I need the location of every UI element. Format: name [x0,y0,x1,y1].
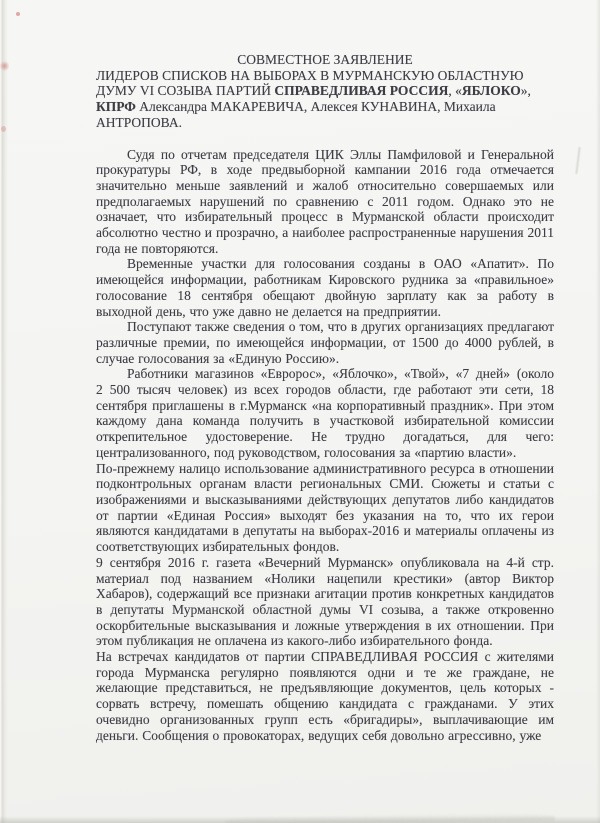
title-line-5: АНТРОПОВА. [96,115,554,131]
scan-edge-right [596,0,600,823]
scan-bottom-smudge [225,812,555,823]
scan-edge-bottom-shadow [0,816,600,823]
paragraph-shop-workers: Работники магазинов «Евророс», «Яблочко»… [96,366,554,460]
paragraph-admin-resource: По-прежнему налицо использование админис… [96,461,554,555]
party-name-spravedlivaya-rossiya: СПРАВЕДЛИВАЯ РОССИЯ [274,83,448,98]
document-text-column: СОВМЕСТНОЕ ЗАЯВЛЕНИЕ ЛИДЕРОВ СПИСКОВ НА … [96,52,554,743]
party-name-yabloko: ЯБЛОКО [462,83,521,98]
paragraph-premiums: Поступают также сведения о том, что в др… [96,319,554,366]
scanned-document-page: СОВМЕСТНОЕ ЗАЯВЛЕНИЕ ЛИДЕРОВ СПИСКОВ НА … [0,0,600,823]
scan-edge-left [0,0,8,823]
scan-crease-mark [575,147,580,174]
paragraph-meeting-provocateurs: На встречах кандидатов от партии СПРАВЕД… [96,649,554,743]
scan-artifact-pink-dot [16,12,20,16]
party-name-kprf: КПРФ [96,99,136,114]
title-text: , « [448,83,462,98]
title-line-4: КПРФ Александра МАКАРЕВИЧА, Алексея КУНА… [96,99,554,115]
document-title: СОВМЕСТНОЕ ЗАЯВЛЕНИЕ ЛИДЕРОВ СПИСКОВ НА … [96,52,554,131]
document-body: Судя по отчетам председателя ЦИК Эллы Па… [96,147,554,744]
paragraph-apatit-polling: Временные участки для голосования создан… [96,256,554,319]
scan-artifact-pink-dot-2 [1,126,6,132]
title-line-2: ЛИДЕРОВ СПИСКОВ НА ВЫБОРАХ В МУРМАНСКУЮ … [96,68,554,84]
title-line-3: ДУМУ VI СОЗЫВА ПАРТИЙ СПРАВЕДЛИВАЯ РОССИ… [96,83,554,99]
title-text: Александра МАКАРЕВИЧА, Алексея КУНАВИНА,… [136,99,496,114]
paragraph-newspaper-article: 9 сентября 2016 г. газета «Вечерний Мурм… [96,555,554,649]
title-line-1: СОВМЕСТНОЕ ЗАЯВЛЕНИЕ [96,52,554,68]
scan-artifact-pink-smudge [0,61,9,71]
title-text: ДУМУ VI СОЗЫВА ПАРТИЙ [96,83,274,98]
title-text: », [521,83,531,98]
paragraph-cik-reports: Судя по отчетам председателя ЦИК Эллы Па… [96,147,554,257]
